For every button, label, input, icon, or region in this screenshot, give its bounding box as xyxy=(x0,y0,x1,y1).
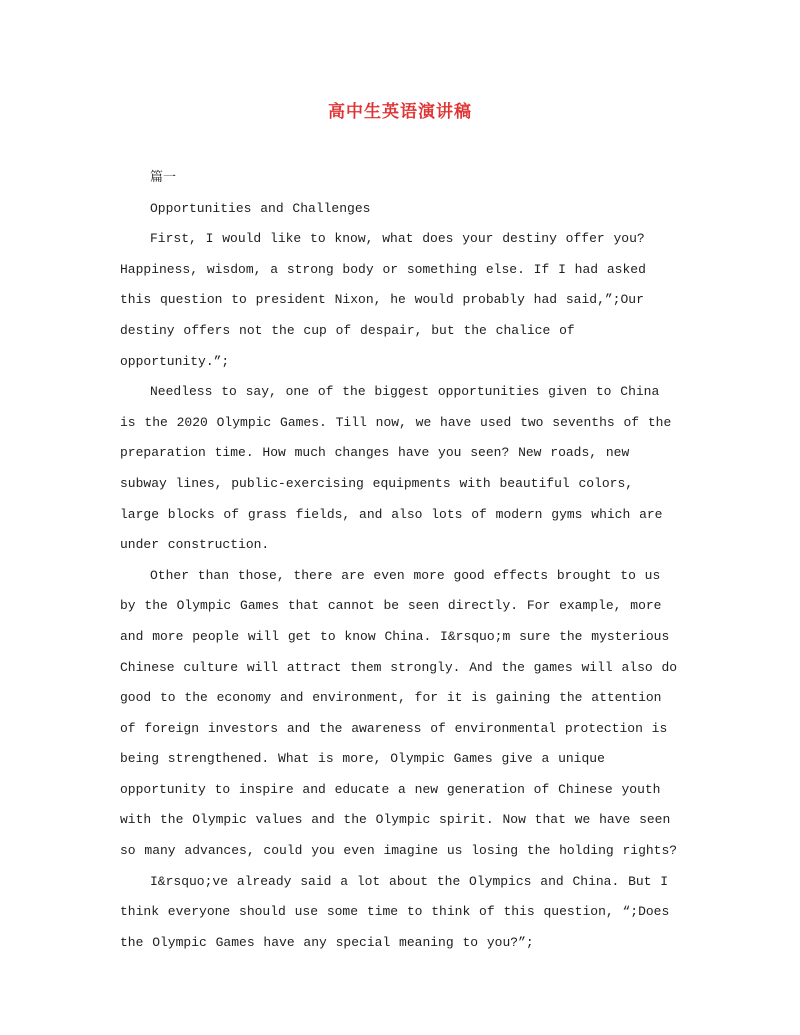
paragraph-1: First, I would like to know, what does y… xyxy=(120,224,680,377)
paragraph-2: Needless to say, one of the biggest oppo… xyxy=(120,377,680,561)
speech-title: Opportunities and Challenges xyxy=(120,194,680,225)
section-label: 篇一 xyxy=(120,163,680,194)
paragraph-4: I&rsquo;ve already said a lot about the … xyxy=(120,867,680,959)
document-page: 高中生英语演讲稿 篇一 Opportunities and Challenges… xyxy=(0,0,800,1035)
document-body: 篇一 Opportunities and Challenges First, I… xyxy=(120,163,680,958)
paragraph-3: Other than those, there are even more go… xyxy=(120,561,680,867)
document-title: 高中生英语演讲稿 xyxy=(120,102,680,126)
